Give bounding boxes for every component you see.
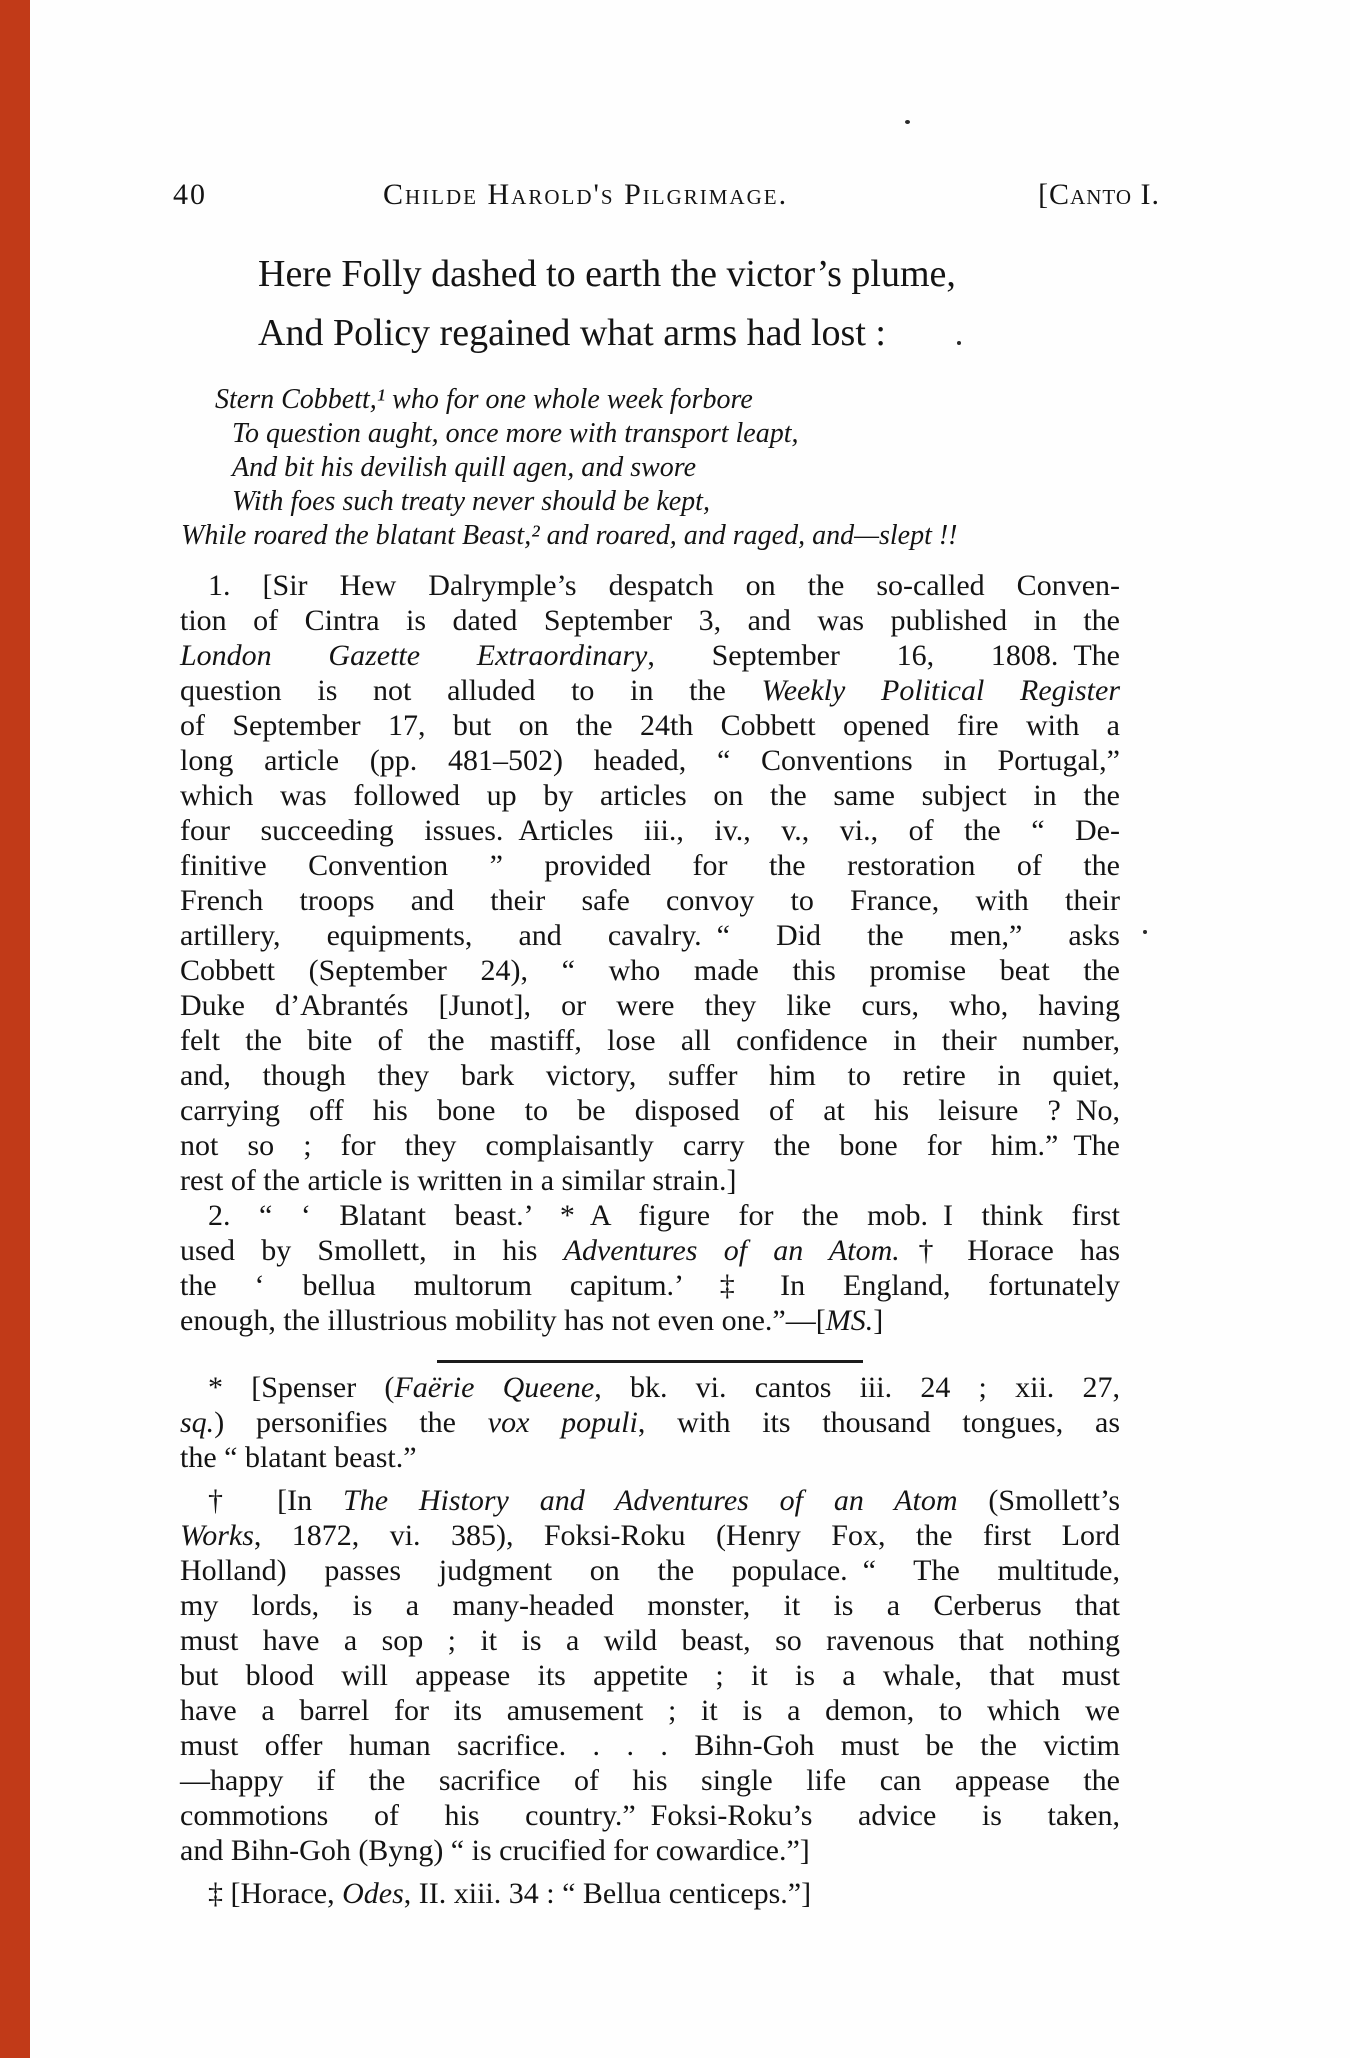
text-line: Works, 1872, vi. 385), Foksi-Roku (Henry… <box>180 1518 1120 1553</box>
roman-text: , September 16, 1808. The <box>647 639 1120 672</box>
text-line: Stern Cobbett,¹ who for one whole week f… <box>215 383 1181 417</box>
italic-text: sq. <box>180 1406 214 1439</box>
text-line: rest of the article is written in a simi… <box>180 1163 1120 1198</box>
text-line: finitive Convention ” provided for the r… <box>180 848 1120 883</box>
roman-text: and Bihn-Goh (Byng) “ is crucified for c… <box>180 1834 810 1867</box>
roman-text: † [In <box>208 1484 343 1517</box>
roman-text: ) personifies the <box>214 1406 488 1439</box>
roman-text: To question aught, once more with transp… <box>232 418 799 449</box>
roman-text: ] <box>873 1304 883 1337</box>
text-line: tion of Cintra is dated September 3, and… <box>180 603 1120 638</box>
italic-text: London Gazette Extraordinary <box>180 639 647 672</box>
subnote-double-dagger: ‡ [Horace, Odes, II. xiii. 34 : “ Bellua… <box>180 1876 1120 1911</box>
roman-text: With foes such treaty never should be ke… <box>232 486 710 517</box>
roman-text: , 1872, vi. 385), Foksi-Roku (Henry Fox,… <box>254 1519 1120 1552</box>
variant-reading-note: Stern Cobbett,¹ who for one whole week f… <box>181 383 1181 553</box>
text-line: enough, the illustrious mobility has not… <box>180 1303 1120 1338</box>
roman-text: artillery, equipments, and cavalry. “ Di… <box>180 919 1120 952</box>
roman-text: must have a sop ; it is a wild beast, so… <box>180 1624 1120 1657</box>
text-line: sq.) personifies the vox populi, with it… <box>180 1405 1120 1440</box>
scan-edge-bar <box>0 0 30 2058</box>
roman-text: used by Smollett, in his <box>180 1234 564 1267</box>
text-line: French troops and their safe convoy to F… <box>180 883 1120 918</box>
text-line: have a barrel for its amusement ; it is … <box>180 1693 1120 1728</box>
canto-label: [Canto I. <box>1038 178 1160 212</box>
text-line: ‡ [Horace, Odes, II. xiii. 34 : “ Bellua… <box>180 1876 1120 1911</box>
text-line: And Policy regained what arms had lost : <box>258 304 1208 363</box>
roman-text: not so ; for they complaisantly carry th… <box>180 1129 1120 1162</box>
roman-text: question is not alluded to in the <box>180 674 761 707</box>
book-page: 40 Childe Harold's Pilgrimage. [Canto I.… <box>0 0 1350 2058</box>
roman-text: 2. “ ‘ Blatant beast.’ * A figure for th… <box>208 1199 1120 1232</box>
roman-text: the ‘ bellua multorum capitum.’ ‡ In Eng… <box>180 1269 1120 1302</box>
scan-speck <box>905 120 910 124</box>
text-line: —happy if the sacrifice of his single li… <box>180 1763 1120 1798</box>
page-number: 40 <box>173 178 207 212</box>
subnote-asterisk: * [Spenser (Faërie Queene, bk. vi. canto… <box>180 1370 1120 1475</box>
italic-text: Works <box>180 1519 254 1552</box>
roman-text: ‡ [Horace, <box>208 1877 342 1910</box>
text-line: To question aught, once more with transp… <box>232 417 1181 451</box>
text-line: my lords, is a many-headed monster, it i… <box>180 1588 1120 1623</box>
roman-text: which was followed up by articles on the… <box>180 779 1120 812</box>
text-line: * [Spenser (Faërie Queene, bk. vi. canto… <box>180 1370 1120 1405</box>
page-header: 40 Childe Harold's Pilgrimage. [Canto I. <box>173 178 1160 214</box>
text-line: of September 17, but on the 24th Cobbett… <box>180 708 1120 743</box>
text-line: commotions of his country.” Foksi-Roku’s… <box>180 1798 1120 1833</box>
text-line: and Bihn-Goh (Byng) “ is crucified for c… <box>180 1833 1120 1868</box>
roman-text: Here Folly dashed to earth the victor’s … <box>258 253 956 295</box>
roman-text: carrying off his bone to be disposed of … <box>180 1094 1120 1127</box>
roman-text: and, though they bark victory, suffer hi… <box>180 1059 1120 1092</box>
italic-text: Weekly Political Register <box>761 674 1120 707</box>
text-line: must have a sop ; it is a wild beast, so… <box>180 1623 1120 1658</box>
text-line: Holland) passes judgment on the populace… <box>180 1553 1120 1588</box>
running-title: Childe Harold's Pilgrimage. <box>383 178 788 212</box>
roman-text: —happy if the sacrifice of his single li… <box>180 1764 1120 1797</box>
text-line: 1. [Sir Hew Dalrymple’s despatch on the … <box>180 568 1120 603</box>
text-line: Cobbett (September 24), “ who made this … <box>180 953 1120 988</box>
text-line: † [In The History and Adventures of an A… <box>180 1483 1120 1518</box>
italic-text: Faërie Queene <box>394 1371 594 1404</box>
italic-text: MS. <box>826 1304 874 1337</box>
roman-text: but blood will appease its appetite ; it… <box>180 1659 1120 1692</box>
roman-text: tion of Cintra is dated September 3, and… <box>180 604 1120 637</box>
roman-text: must offer human sacrifice. . . . Bihn-G… <box>180 1729 1120 1762</box>
footnote-1: 1. [Sir Hew Dalrymple’s despatch on the … <box>180 568 1120 1198</box>
roman-text: † Horace has <box>900 1234 1120 1267</box>
roman-text: And Policy regained what arms had lost : <box>258 312 886 354</box>
roman-text: And bit his devilish quill agen, and swo… <box>232 452 696 483</box>
text-line: While roared the blatant Beast,² and roa… <box>181 519 1181 553</box>
roman-text: enough, the illustrious mobility has not… <box>180 1304 826 1337</box>
footnotes-block: 1. [Sir Hew Dalrymple’s despatch on the … <box>180 568 1120 1338</box>
verse-stanza: Here Folly dashed to earth the victor’s … <box>258 245 1208 363</box>
roman-text: Cobbett (September 24), “ who made this … <box>180 954 1120 987</box>
roman-text: Stern Cobbett,¹ who for one whole week f… <box>215 384 753 415</box>
text-line: must offer human sacrifice. . . . Bihn-G… <box>180 1728 1120 1763</box>
text-line: Duke d’Abrantés [Junot], or were they li… <box>180 988 1120 1023</box>
text-line: London Gazette Extraordinary, September … <box>180 638 1120 673</box>
text-line: carrying off his bone to be disposed of … <box>180 1093 1120 1128</box>
text-line: the ‘ bellua multorum capitum.’ ‡ In Eng… <box>180 1268 1120 1303</box>
roman-text: Duke d’Abrantés [Junot], or were they li… <box>180 989 1120 1022</box>
roman-text: of September 17, but on the 24th Cobbett… <box>180 709 1120 742</box>
roman-text: French troops and their safe convoy to F… <box>180 884 1120 917</box>
roman-text: , II. xiii. 34 : “ Bellua centiceps.”] <box>404 1877 811 1910</box>
text-line: And bit his devilish quill agen, and swo… <box>232 451 1181 485</box>
roman-text: felt the bite of the mastiff, lose all c… <box>180 1024 1120 1057</box>
roman-text: * [Spenser ( <box>208 1371 394 1404</box>
roman-text: commotions of his country.” Foksi-Roku’s… <box>180 1799 1120 1832</box>
roman-text: have a barrel for its amusement ; it is … <box>180 1694 1120 1727</box>
scan-speck <box>1143 930 1147 934</box>
text-line: but blood will appease its appetite ; it… <box>180 1658 1120 1693</box>
subnotes-block: * [Spenser (Faërie Queene, bk. vi. canto… <box>180 1370 1120 1911</box>
roman-text: 1. [Sir Hew Dalrymple’s despatch on the … <box>208 569 1120 602</box>
roman-text: finitive Convention ” provided for the r… <box>180 849 1120 882</box>
text-line: Here Folly dashed to earth the victor’s … <box>258 245 1208 304</box>
text-line: and, though they bark victory, suffer hi… <box>180 1058 1120 1093</box>
roman-text: my lords, is a many-headed monster, it i… <box>180 1589 1120 1622</box>
roman-text: (Smollett’s <box>957 1484 1120 1517</box>
italic-text: Odes <box>342 1877 404 1910</box>
text-line: felt the bite of the mastiff, lose all c… <box>180 1023 1120 1058</box>
roman-text: long article (pp. 481–502) headed, “ Con… <box>180 744 1120 777</box>
text-line: 2. “ ‘ Blatant beast.’ * A figure for th… <box>180 1198 1120 1233</box>
text-line: used by Smollett, in his Adventures of a… <box>180 1233 1120 1268</box>
roman-text: , with its thousand tongues, as <box>638 1406 1120 1439</box>
text-line: long article (pp. 481–502) headed, “ Con… <box>180 743 1120 778</box>
text-line: which was followed up by articles on the… <box>180 778 1120 813</box>
italic-text: Adventures of an Atom. <box>564 1234 900 1267</box>
text-line: the “ blatant beast.” <box>180 1440 1120 1475</box>
scan-speck <box>957 341 961 345</box>
footnote-2: 2. “ ‘ Blatant beast.’ * A figure for th… <box>180 1198 1120 1338</box>
text-line: question is not alluded to in the Weekly… <box>180 673 1120 708</box>
italic-text: The History and Adventures of an Atom <box>343 1484 957 1517</box>
roman-text: rest of the article is written in a simi… <box>180 1164 737 1197</box>
italic-text: vox populi <box>488 1406 638 1439</box>
roman-text: While roared the blatant Beast,² and roa… <box>181 520 958 551</box>
roman-text: four succeeding issues. Articles iii., i… <box>180 814 1120 847</box>
subnote-dagger: † [In The History and Adventures of an A… <box>180 1483 1120 1868</box>
roman-text: Holland) passes judgment on the populace… <box>180 1554 1120 1587</box>
text-line: With foes such treaty never should be ke… <box>232 485 1181 519</box>
text-line: not so ; for they complaisantly carry th… <box>180 1128 1120 1163</box>
footnote-separator-rule <box>437 1360 863 1363</box>
text-line: four succeeding issues. Articles iii., i… <box>180 813 1120 848</box>
text-line: artillery, equipments, and cavalry. “ Di… <box>180 918 1120 953</box>
roman-text: , bk. vi. cantos iii. 24 ; xii. 27, <box>594 1371 1120 1404</box>
roman-text: the “ blatant beast.” <box>180 1441 417 1474</box>
